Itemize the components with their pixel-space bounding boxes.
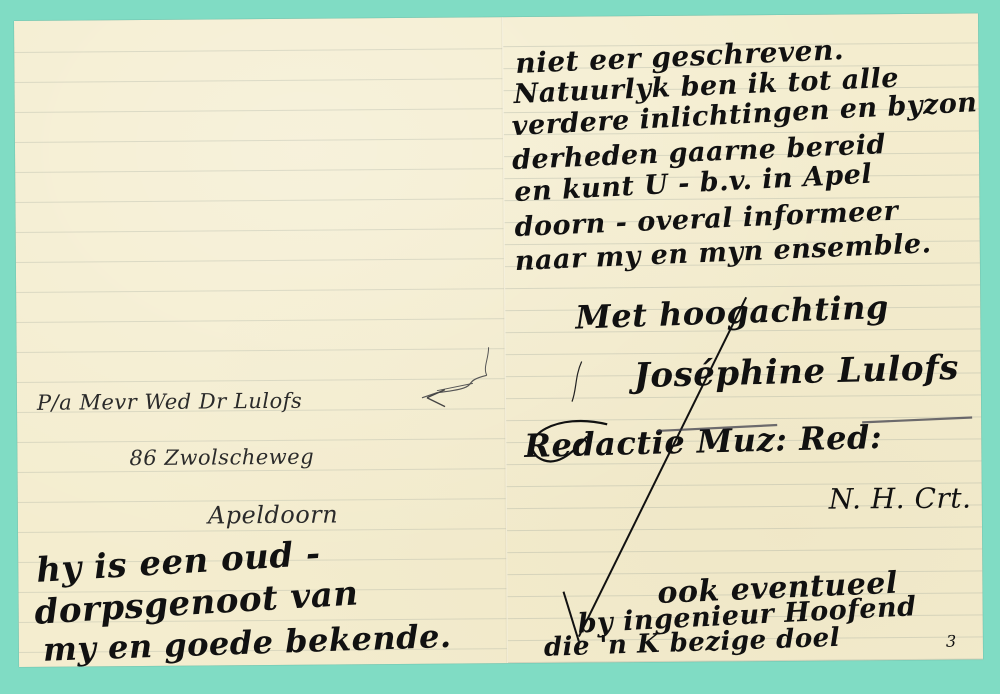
address-line-3: Apeldoorn bbox=[208, 500, 338, 529]
closing: Met hoogachting bbox=[575, 288, 890, 337]
left-page: P/a Mevr Wed Dr Lulofs 86 Zwolscheweg Ap… bbox=[14, 17, 507, 667]
publication: N. H. Crt. bbox=[829, 481, 972, 515]
signature: Joséphine Lulofs bbox=[633, 348, 959, 396]
page-number: 3 bbox=[946, 632, 957, 651]
letter-sheet: P/a Mevr Wed Dr Lulofs 86 Zwolscheweg Ap… bbox=[14, 13, 983, 667]
address-line-2: 86 Zwolscheweg bbox=[129, 445, 314, 470]
right-page: niet eer geschreven. Natuurlyk ben ik to… bbox=[503, 13, 983, 663]
addressee: Redactie Muz: Red: bbox=[524, 418, 883, 465]
address-line-1: P/a Mevr Wed Dr Lulofs bbox=[37, 389, 302, 415]
